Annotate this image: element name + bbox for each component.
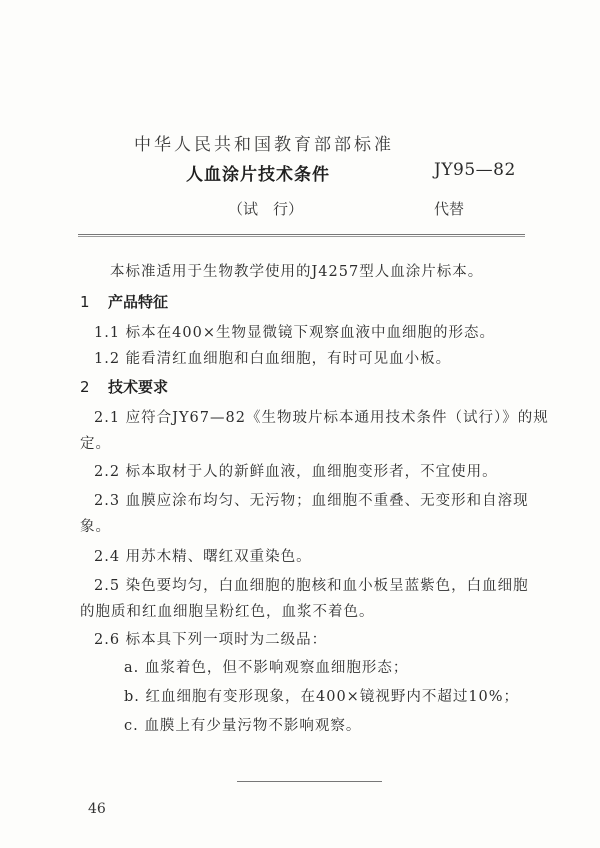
issuing-authority: 中华人民共和国教育部部标准 xyxy=(134,130,394,155)
standard-code: JY95—82 xyxy=(434,160,516,180)
section-number: 2 xyxy=(80,378,108,396)
trial-label: （试 行） xyxy=(228,198,303,219)
clause-2-4: 2.4 用苏木精、曙红双重染色。 xyxy=(94,545,312,566)
section-title: 技术要求 xyxy=(108,378,168,396)
clause-1-1: 1.1 标本在400×生物显微镜下观察血液中血细胞的形态。 xyxy=(94,321,495,342)
intro-paragraph: 本标准适用于生物教学使用的J4257型人血涂片标本。 xyxy=(110,260,483,281)
section-heading-2: 2技术要求 xyxy=(80,376,168,397)
clause-2-1: 2.1 应符合JY67—82《生物玻片标本通用技术条件（试行）》的规 xyxy=(94,406,549,427)
clause-2-5: 2.5 染色要均匀，白血细胞的胞核和血小板呈蓝紫色，白血细胞 xyxy=(94,574,529,595)
section-number: 1 xyxy=(80,293,108,311)
clause-1-2: 1.2 能看清红血细胞和白血细胞，有时可见血小板。 xyxy=(94,347,451,368)
end-divider xyxy=(237,781,382,782)
clause-2-1-continued: 定。 xyxy=(80,432,111,453)
list-item-c: c. 血膜上有少量污物不影响观察。 xyxy=(124,714,361,735)
clause-2-2: 2.2 标本取材于人的新鲜血液，血细胞变形者，不宜使用。 xyxy=(94,460,498,481)
clause-2-5-continued: 的胞质和红血细胞呈粉红色，血浆不着色。 xyxy=(80,600,375,621)
page-number: 46 xyxy=(88,801,106,817)
list-item-a: a. 血浆着色，但不影响观察血细胞形态； xyxy=(124,656,408,677)
header-divider xyxy=(78,234,525,235)
clause-2-3-continued: 象。 xyxy=(80,515,111,536)
clause-2-3: 2.3 血膜应涂布均匀、无污物；血细胞不重叠、无变形和自溶现 xyxy=(94,489,529,510)
section-heading-1: 1产品特征 xyxy=(80,291,168,312)
clause-2-6: 2.6 标本具下列一项时为二级品： xyxy=(94,628,327,649)
list-item-b: b. 红血细胞有变形现象，在400×镜视野内不超过10%； xyxy=(124,685,519,706)
section-title: 产品特征 xyxy=(108,293,168,311)
replaces-label: 代替 xyxy=(434,198,464,219)
header-divider-secondary xyxy=(78,236,525,237)
document-title: 人血涂片技术条件 xyxy=(186,160,330,185)
